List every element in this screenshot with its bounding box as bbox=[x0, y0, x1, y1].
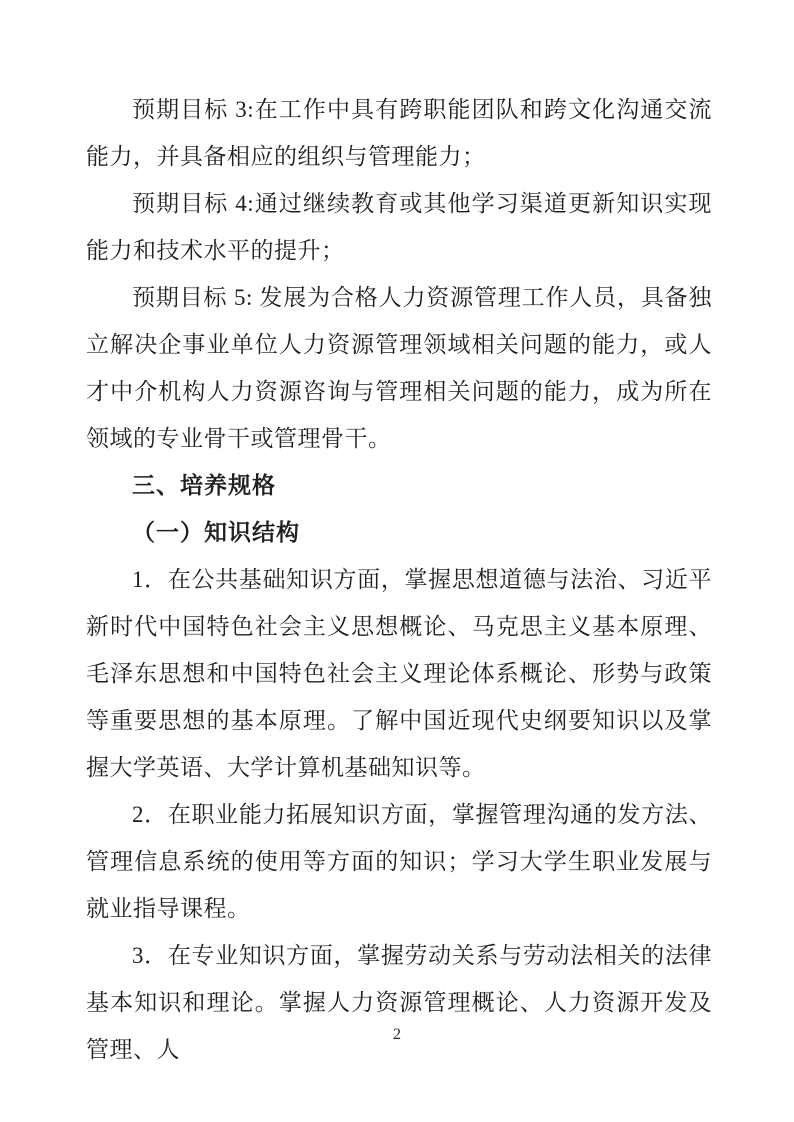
page-number: 2 bbox=[0, 1026, 794, 1044]
body-paragraph: 3．在专业知识方面，掌握劳动关系与劳动法相关的法律基本知识和理论。掌握人力资源管… bbox=[86, 932, 712, 1073]
body-paragraph: 预期目标 3:在工作中具有跨职能团队和跨文化沟通交流能力，并具备相应的组织与管理… bbox=[86, 86, 712, 180]
body-paragraph: 预期目标 4:通过继续教育或其他学习渠道更新知识实现能力和技术水平的提升； bbox=[86, 180, 712, 274]
body-paragraph: 预期目标 5: 发展为合格人力资源管理工作人员，具备独立解决企事业单位人力资源管… bbox=[86, 274, 712, 462]
section-heading: 三、培养规格 bbox=[86, 462, 712, 509]
body-paragraph: 1．在公共基础知识方面，掌握思想道德与法治、习近平新时代中国特色社会主义思想概论… bbox=[86, 556, 712, 791]
document-body: 预期目标 3:在工作中具有跨职能团队和跨文化沟通交流能力，并具备相应的组织与管理… bbox=[86, 86, 712, 1073]
document-page: 预期目标 3:在工作中具有跨职能团队和跨文化沟通交流能力，并具备相应的组织与管理… bbox=[0, 0, 794, 1122]
section-heading: （一）知识结构 bbox=[86, 509, 712, 556]
body-paragraph: 2．在职业能力拓展知识方面，掌握管理沟通的发方法、管理信息系统的使用等方面的知识… bbox=[86, 791, 712, 932]
